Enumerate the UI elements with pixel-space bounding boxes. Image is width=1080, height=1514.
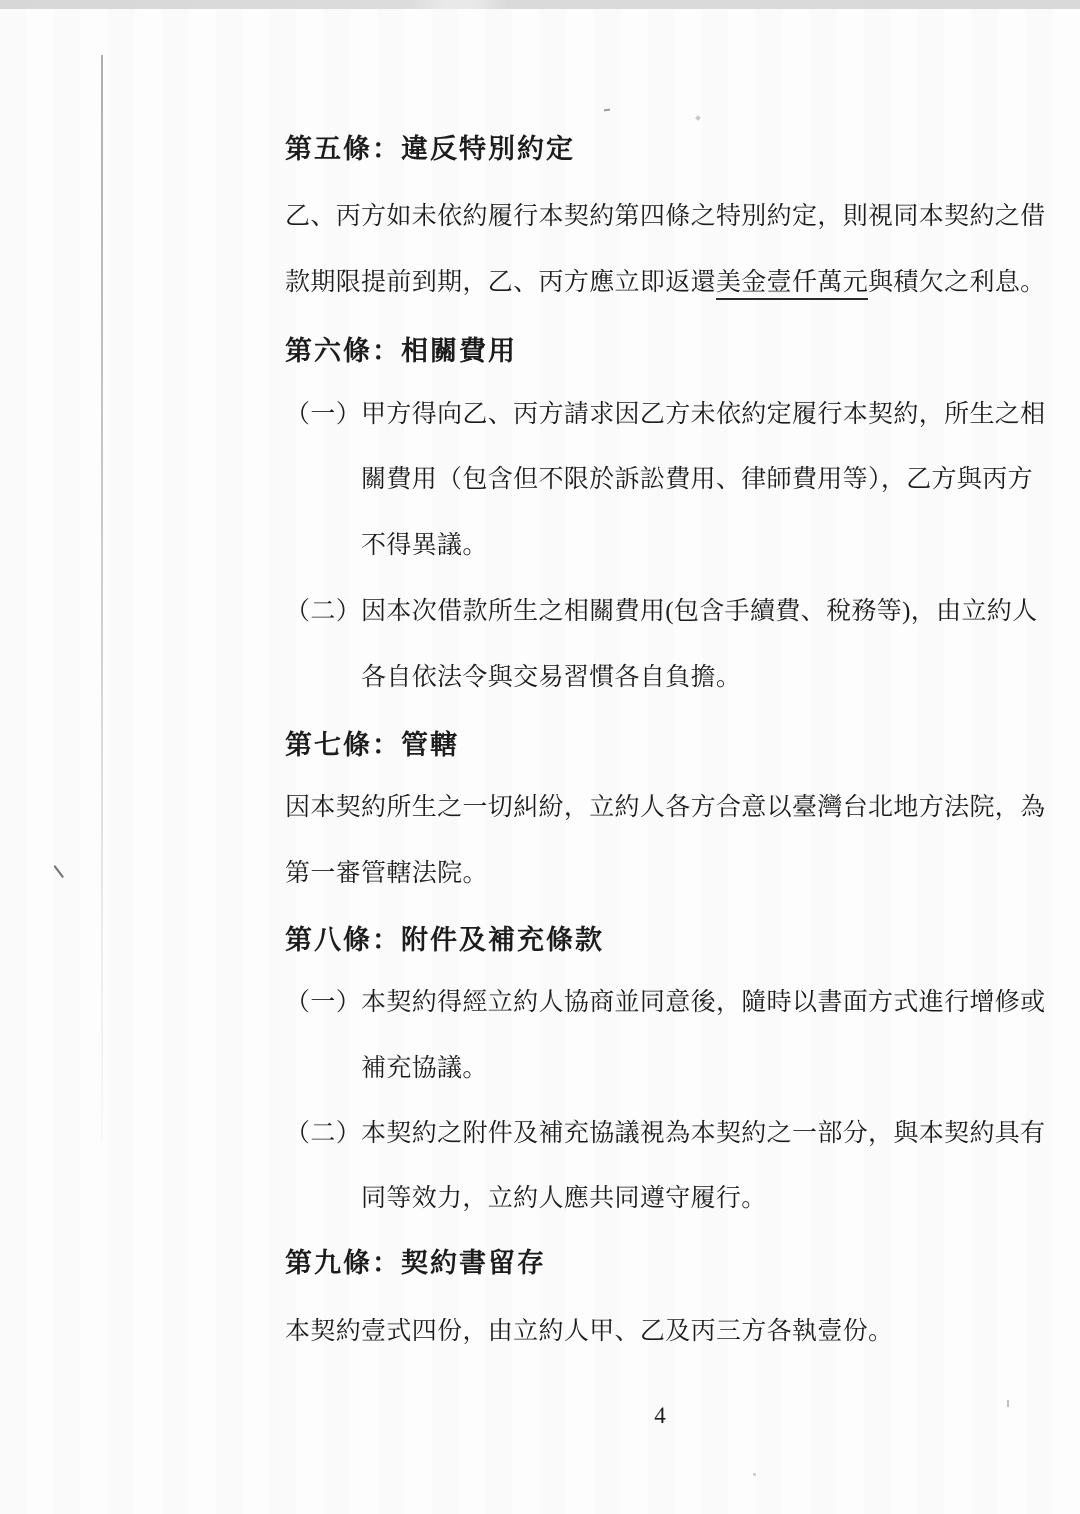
scanned-contract-page: 第五條：違反特別約定 乙、丙方如未依約履行本契約第四條之特別約定，則視同本契約之… (0, 0, 1080, 1514)
article-7-heading: 第七條：管轄 (285, 728, 459, 764)
article-5-text-line: 款期限提前到期，乙、丙方應立即返還美金壹仟萬元與積欠之利息。 (285, 266, 1046, 302)
article-8-item-1-line: （一）本契約得經立約人協商並同意後，隨時以書面方式進行增修或 (285, 986, 1046, 1022)
scan-speck (1007, 1400, 1009, 1407)
article-9-text-line: 本契約壹式四份，由立約人甲、乙及丙三方各執壹份。 (285, 1315, 893, 1351)
article-6-item-1-line: （一）甲方得向乙、丙方請求因乙方未依約定履行本契約，所生之相 (285, 398, 1046, 434)
scanner-edge-bar (0, 0, 1080, 9)
article-9-heading: 第九條：契約書留存 (285, 1246, 546, 1282)
scan-speck (695, 115, 701, 121)
scan-speck (753, 1473, 756, 1476)
text-segment: 款期限提前到期，乙、丙方應立即返還 (285, 269, 716, 296)
margin-pen-mark (53, 865, 64, 878)
article-6-item-1-line: 關費用（包含但不限於訴訟費用、律師費用等），乙方與丙方 (361, 463, 1033, 499)
article-8-item-2-line: （二）本契約之附件及補充協議視為本契約之一部分，與本契約具有 (285, 1117, 1046, 1153)
article-8-heading: 第八條：附件及補充條款 (285, 923, 604, 959)
article-6-heading: 第六條：相關費用 (285, 334, 517, 370)
article-5-text-line: 乙、丙方如未依約履行本契約第四條之特別約定，則視同本契約之借 (285, 200, 1046, 236)
article-6-item-1-line: 不得異議。 (361, 529, 488, 565)
article-8-item-1-line: 補充協議。 (361, 1052, 488, 1088)
scan-fold-line (101, 55, 103, 1140)
article-7-text-line: 第一審管轄法院。 (285, 857, 488, 893)
article-5-heading: 第五條：違反特別約定 (285, 132, 575, 168)
article-6-item-2-line: 各自依法令與交易習慣各自負擔。 (361, 661, 741, 697)
underlined-amount: 美金壹仟萬元 (716, 269, 868, 300)
text-segment: 與積欠之利息。 (868, 269, 1045, 296)
article-7-text-line: 因本契約所生之一切糾紛，立約人各方合意以臺灣台北地方法院，為 (285, 791, 1046, 827)
article-8-item-2-line: 同等效力，立約人應共同遵守履行。 (361, 1182, 767, 1218)
article-6-item-2-line: （二）因本次借款所生之相關費用(包含手續費、稅務等)，由立約人 (285, 595, 1038, 631)
page-number: 4 (638, 1403, 682, 1429)
scan-speck (604, 109, 610, 112)
